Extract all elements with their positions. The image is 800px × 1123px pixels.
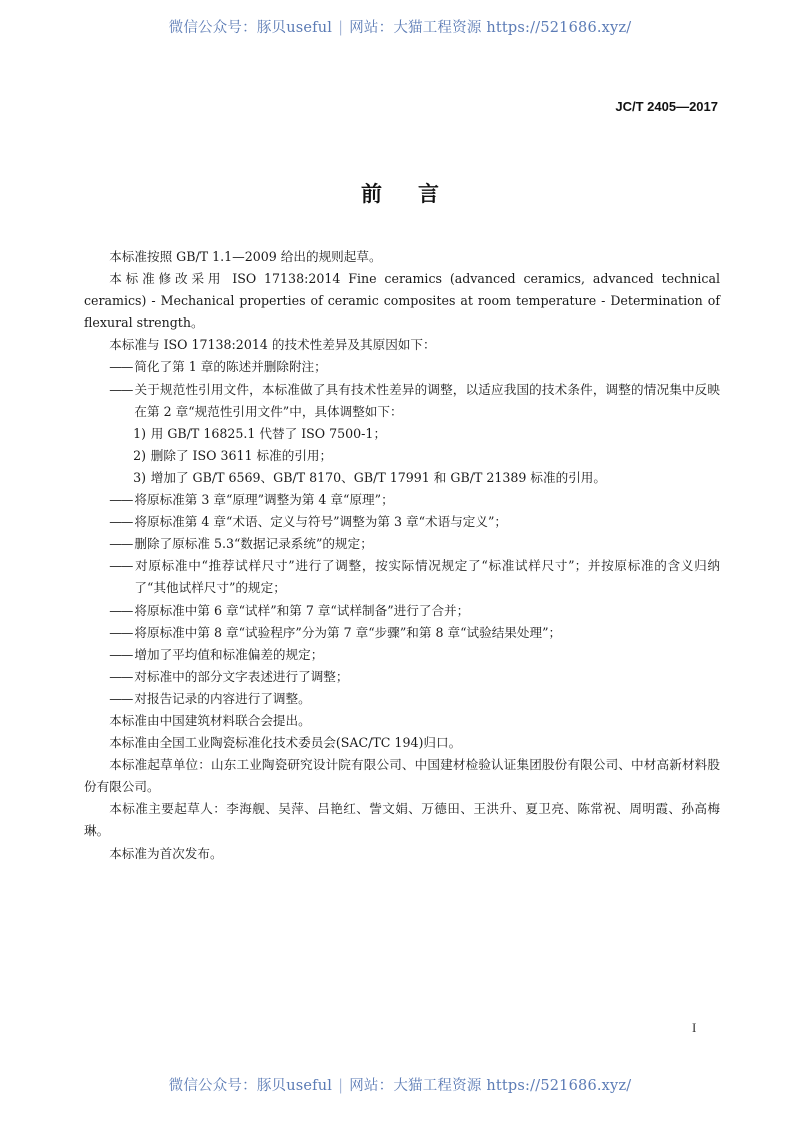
watermark-separator: |: [338, 20, 343, 36]
watermark-separator: |: [338, 1078, 343, 1094]
page-title: 前言: [0, 178, 800, 208]
paragraph-drafters: 本标准主要起草人：李海舰、吴萍、吕艳红、訾文娟、万德田、王洪升、夏卫亮、陈常祝、…: [84, 798, 720, 842]
watermark-bottom: 微信公众号：豚贝useful|网站：大猫工程资源 https://521686.…: [0, 1074, 800, 1095]
difference-item: ——简化了第 1 章的陈述并删除附注；: [84, 356, 720, 378]
difference-item: ——将原标准第 4 章“术语、定义与符号”调整为第 3 章“术语与定义”；: [84, 511, 720, 533]
paragraph-differences-intro: 本标准与 ISO 17138:2014 的技术性差异及其原因如下：: [84, 334, 720, 356]
paragraph-proposed-by: 本标准由中国建筑材料联合会提出。: [84, 710, 720, 732]
sub-item: 3)增加了 GB/T 6569、GB/T 8170、GB/T 17991 和 G…: [84, 467, 720, 489]
paragraph-managed-by: 本标准由全国工业陶瓷标准化技术委员会(SAC/TC 194)归口。: [84, 732, 720, 754]
sub-item: 1)用 GB/T 16825.1 代替了 ISO 7500-1；: [84, 423, 720, 445]
watermark-top: 微信公众号：豚贝useful|网站：大猫工程资源 https://521686.…: [0, 16, 800, 37]
foreword-body: 本标准按照 GB/T 1.1—2009 给出的规则起草。 本标准修改采用 ISO…: [84, 246, 720, 865]
paragraph-adoption: 本标准修改采用 ISO 17138:2014 Fine ceramics (ad…: [84, 268, 720, 334]
difference-item: ——对标准中的部分文字表述进行了调整；: [84, 666, 720, 688]
paragraph-first-release: 本标准为首次发布。: [84, 843, 720, 865]
difference-item: ——删除了原标准 5.3“数据记录系统”的规定；: [84, 533, 720, 555]
watermark-website: 网站：大猫工程资源 https://521686.xyz/: [349, 1078, 631, 1094]
difference-item: ——增加了平均值和标准偏差的规定；: [84, 644, 720, 666]
watermark-wechat: 微信公众号：豚贝useful: [169, 20, 333, 36]
difference-item: ——关于规范性引用文件，本标准做了具有技术性差异的调整，以适应我国的技术条件，调…: [84, 379, 720, 423]
difference-item: ——对原标准中“推荐试样尺寸”进行了调整，按实际情况规定了“标准试样尺寸”；并按…: [84, 555, 720, 599]
difference-item: ——将原标准中第 8 章“试验程序”分为第 7 章“步骤”和第 8 章“试验结果…: [84, 622, 720, 644]
watermark-website: 网站：大猫工程资源 https://521686.xyz/: [349, 20, 631, 36]
difference-item: ——对报告记录的内容进行了调整。: [84, 688, 720, 710]
watermark-wechat: 微信公众号：豚贝useful: [169, 1078, 333, 1094]
sub-item: 2)删除了 ISO 3611 标准的引用；: [84, 445, 720, 467]
paragraph-drafting-units: 本标准起草单位：山东工业陶瓷研究设计院有限公司、中国建材检验认证集团股份有限公司…: [84, 754, 720, 798]
page-number: I: [692, 1020, 696, 1036]
difference-item: ——将原标准中第 6 章“试样”和第 7 章“试样制备”进行了合并；: [84, 600, 720, 622]
difference-item: ——将原标准第 3 章“原理”调整为第 4 章“原理”；: [84, 489, 720, 511]
paragraph-drafting-rules: 本标准按照 GB/T 1.1—2009 给出的规则起草。: [84, 246, 720, 268]
standard-code: JC/T 2405—2017: [615, 99, 718, 114]
